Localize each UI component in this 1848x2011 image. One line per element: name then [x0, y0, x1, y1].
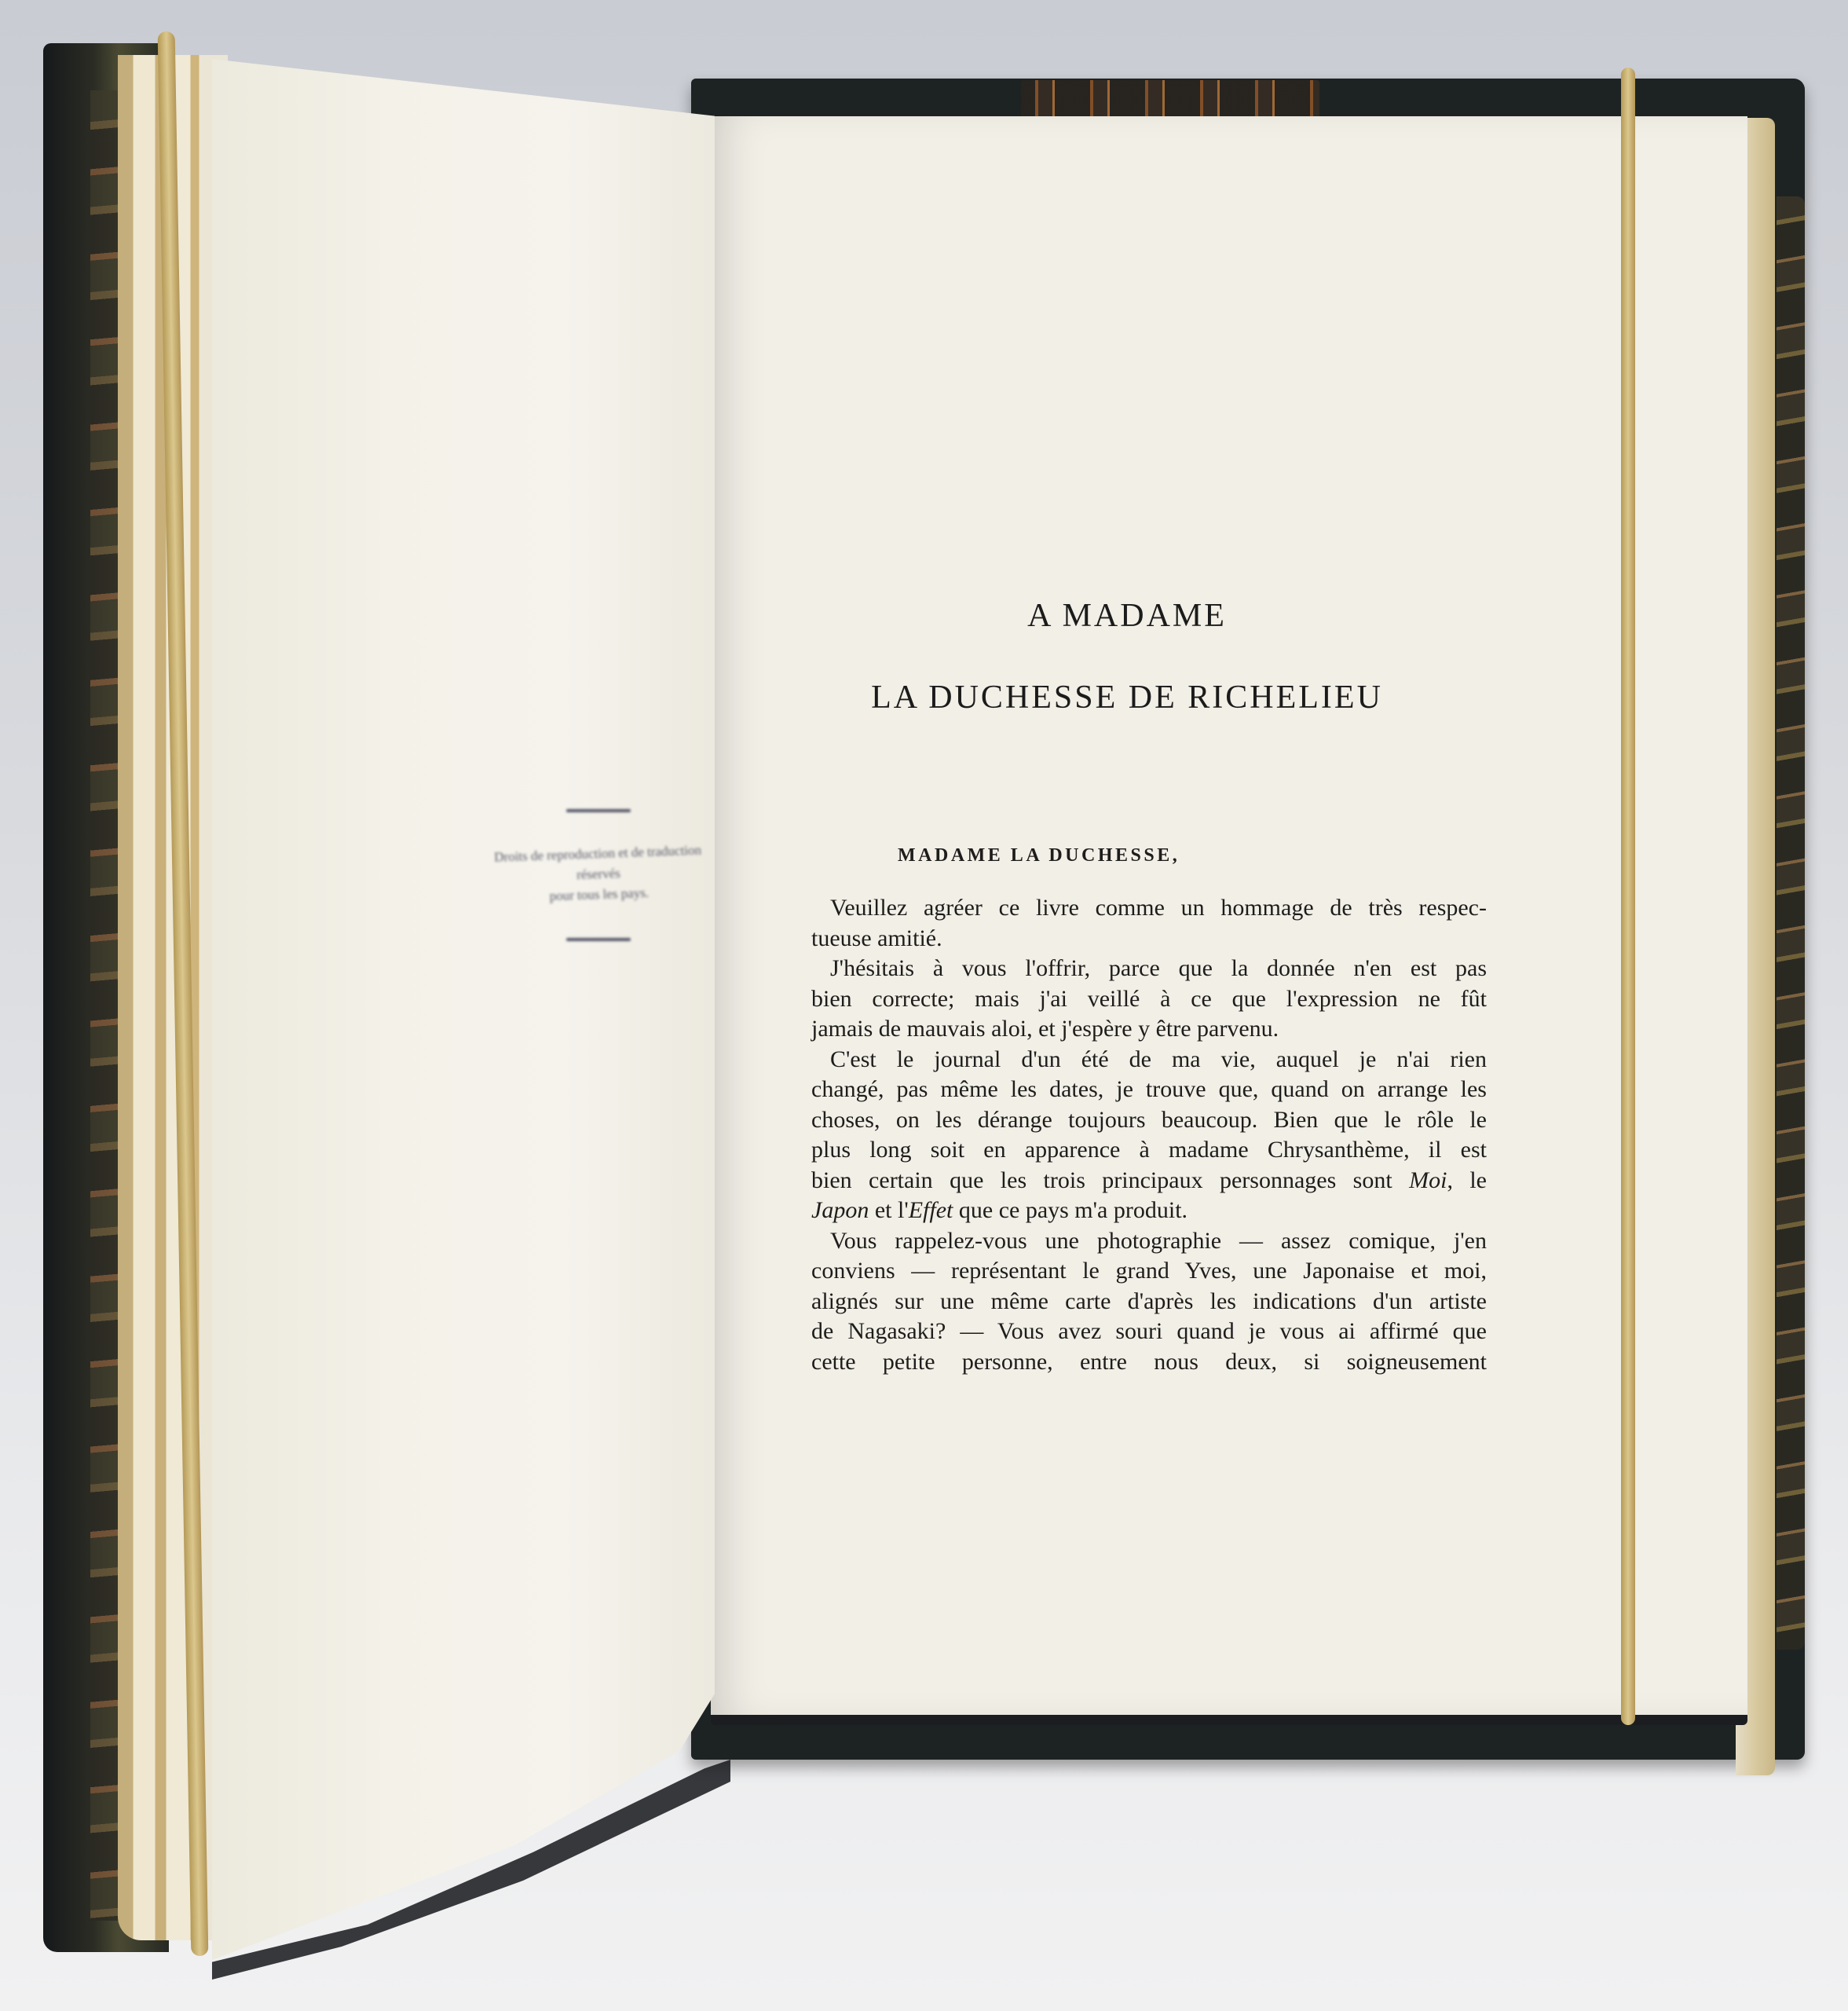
- text-line: Veuillez agréer ce livre comme un hommag…: [811, 893, 1487, 924]
- text-line: cette petite personne, entre nous deux, …: [811, 1347, 1487, 1378]
- dedication-line-1: A MADAME: [789, 597, 1465, 635]
- left-page: [212, 59, 715, 1960]
- text-line: J'hésitais à vous l'offrir, parce que la…: [811, 954, 1487, 984]
- text-run: et l': [869, 1197, 908, 1223]
- text-line: jamais de mauvais aloi, et j'espère y êt…: [811, 1014, 1487, 1045]
- copyright-notice: Droits de reproduction et de traduction …: [481, 809, 716, 941]
- text-line: bien certain que les trois principaux pe…: [811, 1166, 1487, 1196]
- elastic-band-right: [1621, 68, 1635, 1725]
- text-line: Vous rappelez-vous une photographie — as…: [811, 1226, 1487, 1257]
- rule-top: [566, 809, 631, 812]
- italic-word: Effet: [909, 1197, 953, 1223]
- paragraph: C'est le journal d'un été de ma vie, auq…: [811, 1045, 1487, 1226]
- paragraph: J'hésitais à vous l'offrir, parce que la…: [811, 954, 1487, 1045]
- text-line: de Nagasaki? — Vous avez souri quand je …: [811, 1317, 1487, 1347]
- text-line: Japon et l'Effet que ce pays m'a produit…: [811, 1196, 1487, 1226]
- right-cover-edge: [1777, 196, 1805, 1650]
- text-line: bien correcte; mais j'ai veillé à ce que…: [811, 984, 1487, 1015]
- dedication-letter: MADAME LA DUCHESSE, Veuillez agréer ce l…: [811, 845, 1487, 1377]
- text-run: bien certain que les trois principaux pe…: [811, 1167, 1409, 1193]
- text-line: plus long soit en apparence à madame Chr…: [811, 1135, 1487, 1166]
- italic-word: Japon: [811, 1197, 869, 1223]
- text-line: changé, pas même les dates, je trouve qu…: [811, 1075, 1487, 1105]
- book-photo: Droits de reproduction et de traduction …: [0, 0, 1848, 2011]
- salutation: MADAME LA DUCHESSE,: [898, 845, 1487, 866]
- text-line: choses, on les dérange toujours beaucoup…: [811, 1105, 1487, 1136]
- text-line: C'est le journal d'un été de ma vie, auq…: [811, 1045, 1487, 1075]
- dedication-line-2: LA DUCHESSE DE RICHELIEU: [789, 679, 1465, 716]
- text-line: tueuse amitié.: [811, 924, 1487, 954]
- dedication-heading: A MADAME LA DUCHESSE DE RICHELIEU: [789, 597, 1465, 716]
- text-line: alignés sur une même carte d'après les i…: [811, 1287, 1487, 1317]
- italic-word: Moi: [1409, 1167, 1447, 1193]
- text-line: conviens — représentant le grand Yves, u…: [811, 1256, 1487, 1287]
- paragraph: Vous rappelez-vous une photographie — as…: [811, 1226, 1487, 1378]
- text-run: , le: [1447, 1167, 1487, 1193]
- rule-bottom: [566, 938, 631, 941]
- paragraph: Veuillez agréer ce livre comme un hommag…: [811, 893, 1487, 954]
- text-run: que ce pays m'a produit.: [953, 1197, 1187, 1223]
